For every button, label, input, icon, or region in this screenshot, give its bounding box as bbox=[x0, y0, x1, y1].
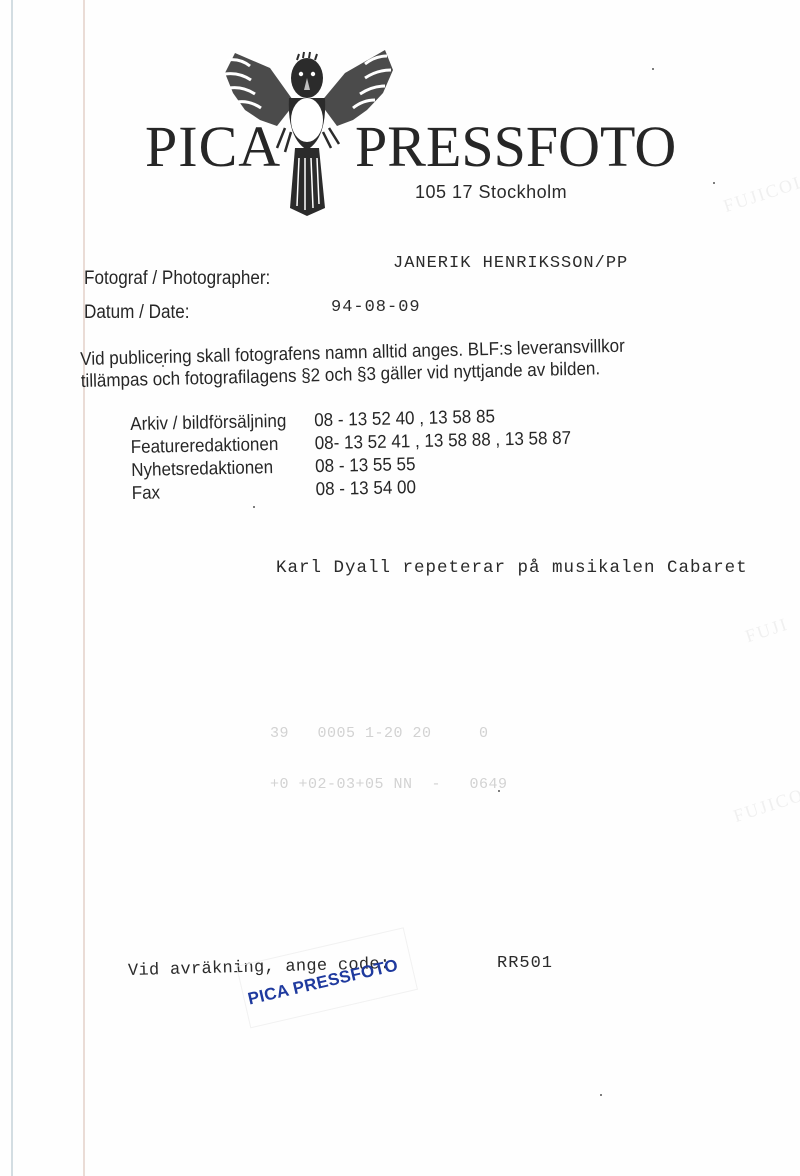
publication-notice: Vid publicering skall fotografens namn a… bbox=[80, 335, 626, 392]
letterhead-address: 105 17 Stockholm bbox=[415, 182, 567, 203]
paper-speck bbox=[253, 506, 255, 508]
paper-watermark: FUJICOLOR paper bbox=[721, 144, 800, 217]
paper-speck bbox=[162, 365, 164, 367]
paper-speck bbox=[652, 68, 654, 70]
photographer-value: JANERIK HENRIKSSON/PP bbox=[393, 254, 628, 273]
contact-numbers: 08 - 13 55 55 bbox=[315, 452, 416, 477]
contact-list: Arkiv / bildförsäljning 08 - 13 52 40 , … bbox=[130, 403, 572, 504]
paper-edge-line bbox=[83, 0, 85, 1176]
photo-caption: Karl Dyall repeterar på musikalen Cabare… bbox=[276, 558, 748, 578]
photographer-label: Fotograf / Photographer: bbox=[84, 268, 270, 290]
brand-name-right: PRESSFOTO bbox=[355, 118, 676, 176]
print-code-line: 39 0005 1-20 20 0 bbox=[270, 725, 489, 742]
paper-watermark: FUJI bbox=[743, 614, 791, 648]
contact-department: Fax bbox=[131, 477, 315, 504]
paper-watermark: FUJICOLOR paper bbox=[731, 754, 800, 827]
paper-speck bbox=[713, 182, 715, 184]
photo-back-document: PICA PRESSFOTO 105 17 Stockholm F bbox=[0, 0, 800, 1176]
paper-speck bbox=[600, 1094, 602, 1096]
letterhead: PICA PRESSFOTO 105 17 Stockholm bbox=[140, 48, 680, 218]
paper-speck bbox=[498, 790, 500, 792]
billing-code: RR501 bbox=[497, 954, 553, 973]
paper-edge-line bbox=[11, 0, 13, 1176]
date-label: Datum / Date: bbox=[84, 302, 189, 324]
date-value: 94-08-09 bbox=[331, 298, 421, 317]
print-code-line: +0 +02-03+05 NN - 0649 bbox=[270, 776, 508, 793]
contact-numbers: 08 - 13 54 00 bbox=[315, 475, 416, 500]
